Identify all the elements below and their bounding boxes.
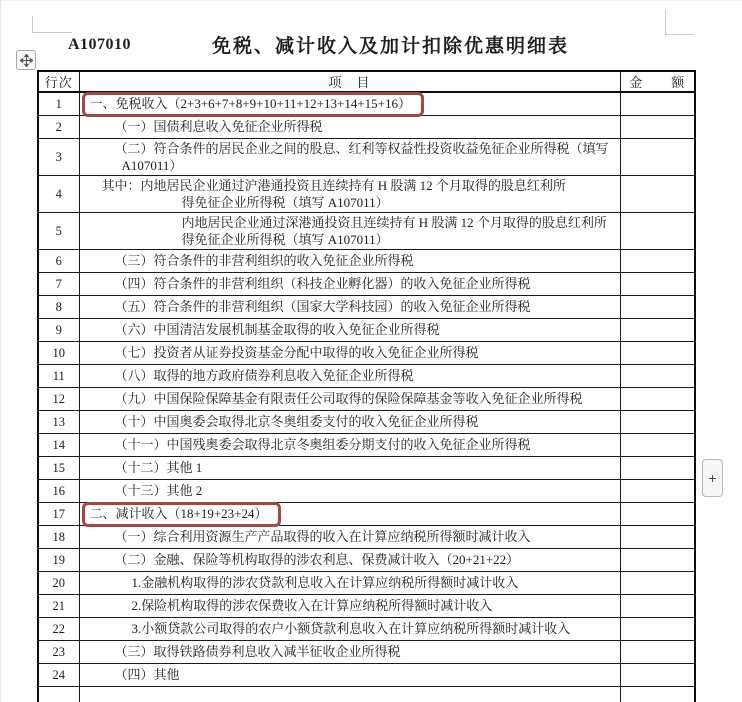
table-row: 7（四）符合条件的非营利组织（科技企业孵化器）的收入免征企业所得税 — [38, 273, 695, 296]
table-row: 6（三）符合条件的非营利组织的收入免征企业所得税 — [38, 250, 695, 273]
item-cell: （六）中国清洁发展机制基金取得的收入免征企业所得税 — [79, 319, 620, 342]
item-cell: 一、免税收入（2+3+6+7+8+9+10+11+12+13+14+15+16） — [79, 92, 620, 116]
page-left-edge — [0, 0, 1, 702]
table-move-handle[interactable] — [16, 50, 36, 70]
row-number-cell: 9 — [38, 319, 79, 342]
item-cell: （二）金融、保险等机构取得的涉农利息、保费减计收入（20+21+22） — [79, 549, 620, 572]
amount-cell — [620, 92, 695, 116]
item-text-line: （二）金融、保险等机构取得的涉农利息、保费减计收入（20+21+22） — [82, 550, 618, 570]
page-top-edge — [0, 0, 742, 1]
table-header-row: 行次 项 目 金 额 — [38, 71, 695, 92]
table-row: 1一、免税收入（2+3+6+7+8+9+10+11+12+13+14+15+16… — [38, 92, 695, 116]
amount-cell — [620, 595, 695, 618]
row-number-cell: 5 — [38, 213, 79, 250]
item-text-line: （九）中国保险保障基金有限责任公司取得的保险保障基金等收入免征企业所得税 — [82, 389, 618, 409]
highlight-annotation: 二、减计收入（18+19+23+24） — [82, 502, 281, 527]
amount-cell — [620, 664, 695, 687]
plus-icon: + — [708, 470, 716, 486]
amount-cell — [620, 526, 695, 549]
highlight-annotation: 一、免税收入（2+3+6+7+8+9+10+11+12+13+14+15+16） — [82, 92, 425, 117]
row-number-cell: 14 — [38, 434, 79, 457]
item-text-line: （三）取得铁路债券利息收入减半征收企业所得税 — [82, 642, 618, 662]
row-number-cell: 10 — [38, 342, 79, 365]
item-text-line: （二）符合条件的居民企业之间的股息、红利等权益性投资收益免征企业所得税（填写 — [82, 140, 618, 157]
move-arrows-icon — [20, 54, 33, 67]
item-text-line: 其中：内地居民企业通过沪港通投资且连续持有 H 股满 12 个月取得的股息红利所 — [82, 177, 618, 194]
amount-cell — [620, 618, 695, 641]
item-text-line: （十三）其他 2 — [82, 481, 618, 501]
amount-cell — [620, 176, 695, 213]
amount-cell — [620, 139, 695, 176]
amount-cell — [620, 342, 695, 365]
item-cell: 1.金融机构取得的涉农贷款利息收入在计算应纳税所得额时减计收入 — [79, 572, 620, 595]
item-cell: （四）符合条件的非营利组织（科技企业孵化器）的收入免征企业所得税 — [79, 273, 620, 296]
table-row: 15（十二）其他 1 — [38, 457, 695, 480]
tax-detail-table: 行次 项 目 金 额 1一、免税收入（2+3+6+7+8+9+10+11+12+… — [37, 70, 696, 702]
table-body: 1一、免税收入（2+3+6+7+8+9+10+11+12+13+14+15+16… — [38, 92, 695, 702]
item-text-line: （六）中国清洁发展机制基金取得的收入免征企业所得税 — [82, 320, 618, 340]
page-title: 免税、减计收入及加计扣除优惠明细表 — [212, 31, 569, 58]
item-cell — [79, 687, 620, 702]
table-row: 14（十一）中国残奥委会取得北京冬奥组委分期支付的收入免征企业所得税 — [38, 434, 695, 457]
item-cell: （一）综合利用资源生产产品取得的收入在计算应纳税所得额时减计收入 — [79, 526, 620, 549]
item-cell: （十一）中国残奥委会取得北京冬奥组委分期支付的收入免征企业所得税 — [79, 434, 620, 457]
item-text-line: （十一）中国残奥委会取得北京冬奥组委分期支付的收入免征企业所得税 — [82, 435, 618, 455]
row-number-cell: 18 — [38, 526, 79, 549]
text-boundary-mark-top-left — [32, 16, 33, 33]
item-cell: （十二）其他 1 — [79, 457, 620, 480]
item-text-line: （七）投资者从证券投资基金分配中取得的收入免征企业所得税 — [82, 343, 618, 363]
amt-cell — [620, 687, 695, 702]
row-number-cell: 11 — [38, 365, 79, 388]
amount-cell — [620, 572, 695, 595]
row-number-cell: 24 — [38, 664, 79, 687]
item-text-line: （一）综合利用资源生产产品取得的收入在计算应纳税所得额时减计收入 — [82, 527, 618, 547]
amount-cell — [620, 116, 695, 139]
amount-cell — [620, 549, 695, 572]
table-row: 8（五）符合条件的非营利组织（国家大学科技园）的收入免征企业所得税 — [38, 296, 695, 319]
item-cell: 其中：内地居民企业通过沪港通投资且连续持有 H 股满 12 个月取得的股息红利所… — [79, 176, 620, 213]
amount-cell — [620, 480, 695, 503]
text-boundary-mark-top-right — [665, 10, 666, 35]
item-text-line: （四）符合条件的非营利组织（科技企业孵化器）的收入免征企业所得税 — [82, 274, 618, 294]
row-number-cell: 23 — [38, 641, 79, 664]
table-row: 23（三）取得铁路债券利息收入减半征收企业所得税 — [38, 641, 695, 664]
item-cell: （五）符合条件的非营利组织（国家大学科技园）的收入免征企业所得税 — [79, 296, 620, 319]
item-text-line: 得免征企业所得税（填写 A107011） — [82, 231, 618, 248]
item-cell: （十）中国奥委会取得北京冬奥组委支付的收入免征企业所得税 — [79, 411, 620, 434]
item-text-line: （一）国债利息收入免征企业所得税 — [82, 117, 618, 137]
amount-cell — [620, 273, 695, 296]
table-row: 12（九）中国保险保障基金有限责任公司取得的保险保障基金等收入免征企业所得税 — [38, 388, 695, 411]
item-text-line: （五）符合条件的非营利组织（国家大学科技园）的收入免征企业所得税 — [82, 297, 618, 317]
row-number-cell: 1 — [38, 92, 79, 116]
item-text-line: 得免征企业所得税（填写 A107011） — [82, 194, 618, 211]
item-cell: 3.小额贷款公司取得的农户小额贷款利息收入在计算应纳税所得额时减计收入 — [79, 618, 620, 641]
table-row: 18（一）综合利用资源生产产品取得的收入在计算应纳税所得额时减计收入 — [38, 526, 695, 549]
item-cell: （一）国债利息收入免征企业所得税 — [79, 116, 620, 139]
item-cell: （七）投资者从证券投资基金分配中取得的收入免征企业所得税 — [79, 342, 620, 365]
header-item: 项 目 — [79, 71, 620, 92]
amount-cell — [620, 319, 695, 342]
item-text-line: A107011） — [82, 157, 618, 174]
item-cell: 2.保险机构取得的涉农保费收入在计算应纳税所得额时减计收入 — [79, 595, 620, 618]
amount-cell — [620, 250, 695, 273]
item-text-line: （三）符合条件的非营利组织的收入免征企业所得税 — [82, 251, 618, 271]
row-number-cell: 20 — [38, 572, 79, 595]
table-row-partial — [38, 687, 695, 702]
amount-cell — [620, 434, 695, 457]
header-row-number: 行次 — [38, 71, 79, 92]
item-text-line: （八）取得的地方政府债券利息收入免征企业所得税 — [82, 366, 618, 386]
item-text-line: （十二）其他 1 — [82, 458, 618, 478]
row-number-cell: 19 — [38, 549, 79, 572]
table-row: 9（六）中国清洁发展机制基金取得的收入免征企业所得税 — [38, 319, 695, 342]
table-row: 16（十三）其他 2 — [38, 480, 695, 503]
row-number-cell: 3 — [38, 139, 79, 176]
row-number-cell: 4 — [38, 176, 79, 213]
header-amount: 金 额 — [620, 71, 695, 92]
item-cell: （十三）其他 2 — [79, 480, 620, 503]
table-row: 19（二）金融、保险等机构取得的涉农利息、保费减计收入（20+21+22） — [38, 549, 695, 572]
row-number-cell: 22 — [38, 618, 79, 641]
item-cell: （九）中国保险保障基金有限责任公司取得的保险保障基金等收入免征企业所得税 — [79, 388, 620, 411]
item-text-line: 1.金融机构取得的涉农贷款利息收入在计算应纳税所得额时减计收入 — [82, 573, 618, 593]
form-code: A107010 — [68, 36, 131, 54]
row-number-cell: 12 — [38, 388, 79, 411]
row-number-cell: 13 — [38, 411, 79, 434]
amount-cell — [620, 503, 695, 526]
table-row: 11（八）取得的地方政府债券利息收入免征企业所得税 — [38, 365, 695, 388]
row-number-cell: 2 — [38, 116, 79, 139]
row-number-cell: 17 — [38, 503, 79, 526]
table-row: 2（一）国债利息收入免征企业所得税 — [38, 116, 695, 139]
item-cell: 内地居民企业通过深港通投资且连续持有 H 股满 12 个月取得的股息红利所得免征… — [79, 213, 620, 250]
row-number-cell: 21 — [38, 595, 79, 618]
table-row: 223.小额贷款公司取得的农户小额贷款利息收入在计算应纳税所得额时减计收入 — [38, 618, 695, 641]
amount-cell — [620, 457, 695, 480]
item-cell: （三）符合条件的非营利组织的收入免征企业所得税 — [79, 250, 620, 273]
text-boundary-mark-top-left — [32, 32, 72, 33]
amount-cell — [620, 365, 695, 388]
row-number-cell: 8 — [38, 296, 79, 319]
amount-cell — [620, 388, 695, 411]
item-cell: （八）取得的地方政府债券利息收入免征企业所得税 — [79, 365, 620, 388]
item-text-line: 2.保险机构取得的涉农保费收入在计算应纳税所得额时减计收入 — [82, 596, 618, 616]
item-cell: （四）其他 — [79, 664, 620, 687]
add-button[interactable]: + — [702, 459, 723, 497]
table-row: 24（四）其他 — [38, 664, 695, 687]
row-number-cell: 6 — [38, 250, 79, 273]
amount-cell — [620, 296, 695, 319]
item-cell: （二）符合条件的居民企业之间的股息、红利等权益性投资收益免征企业所得税（填写A1… — [79, 139, 620, 176]
amount-cell — [620, 213, 695, 250]
item-text-line: 内地居民企业通过深港通投资且连续持有 H 股满 12 个月取得的股息红利所 — [82, 214, 618, 231]
table-row: 4其中：内地居民企业通过沪港通投资且连续持有 H 股满 12 个月取得的股息红利… — [38, 176, 695, 213]
table-row: 3（二）符合条件的居民企业之间的股息、红利等权益性投资收益免征企业所得税（填写A… — [38, 139, 695, 176]
table-row: 5内地居民企业通过深港通投资且连续持有 H 股满 12 个月取得的股息红利所得免… — [38, 213, 695, 250]
no-cell — [38, 687, 79, 702]
row-number-cell: 7 — [38, 273, 79, 296]
text-boundary-mark-top-right — [665, 34, 694, 35]
item-cell: （三）取得铁路债券利息收入减半征收企业所得税 — [79, 641, 620, 664]
table-row: 17二、减计收入（18+19+23+24） — [38, 503, 695, 526]
table-row: 212.保险机构取得的涉农保费收入在计算应纳税所得额时减计收入 — [38, 595, 695, 618]
item-text-line: （四）其他 — [82, 665, 618, 685]
item-cell: 二、减计收入（18+19+23+24） — [79, 503, 620, 526]
row-number-cell: 16 — [38, 480, 79, 503]
table-row: 201.金融机构取得的涉农贷款利息收入在计算应纳税所得额时减计收入 — [38, 572, 695, 595]
table-row: 10（七）投资者从证券投资基金分配中取得的收入免征企业所得税 — [38, 342, 695, 365]
amount-cell — [620, 411, 695, 434]
item-text-line: 3.小额贷款公司取得的农户小额贷款利息收入在计算应纳税所得额时减计收入 — [82, 619, 618, 639]
item-text-line: 一、免税收入（2+3+6+7+8+9+10+11+12+13+14+15+16） — [82, 94, 618, 114]
amount-cell — [620, 641, 695, 664]
row-number-cell: 15 — [38, 457, 79, 480]
table-row: 13（十）中国奥委会取得北京冬奥组委支付的收入免征企业所得税 — [38, 411, 695, 434]
item-text-line: 二、减计收入（18+19+23+24） — [82, 504, 618, 524]
item-text-line: （十）中国奥委会取得北京冬奥组委支付的收入免征企业所得税 — [82, 412, 618, 432]
